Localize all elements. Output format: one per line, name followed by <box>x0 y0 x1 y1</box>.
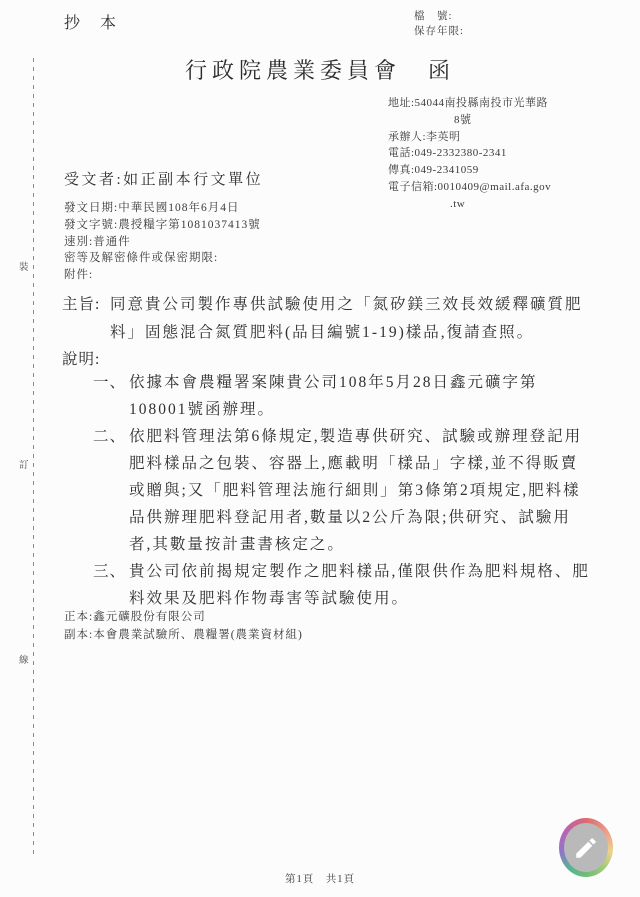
edit-button-inner <box>564 823 608 872</box>
contact-address-line2: 8號 <box>388 112 551 129</box>
meta-doc-number: 發文字號:農授糧字第1081037413號 <box>64 217 261 234</box>
retention-period-label: 保存年限: <box>414 25 464 40</box>
item-number: 二、 <box>93 423 129 558</box>
document-page: 裝 訂 線 抄 本 檔 號: 保存年限: 行政院農業委員會 函 地址:54044… <box>0 0 640 897</box>
meta-block: 發文日期:中華民國108年6月4日 發文字號:農授糧字第1081037413號 … <box>64 200 261 284</box>
page-footer: 第1頁 共1頁 <box>0 871 640 886</box>
recipient-line: 受文者:如正副本行文單位 <box>64 168 263 189</box>
binding-mark-zhuang: 裝 <box>19 257 29 275</box>
edit-button[interactable] <box>559 818 613 877</box>
meta-attachment: 附件: <box>64 267 261 284</box>
file-number-block: 檔 號: 保存年限: <box>414 10 464 39</box>
contact-email-line1: 電子信箱:0010409@mail.afa.gov <box>388 179 551 196</box>
binding-mark-xian: 線 <box>19 650 29 668</box>
subject-label: 主旨: <box>62 291 110 347</box>
contact-email-line2: .tw <box>388 196 551 213</box>
contact-person: 承辦人:李英明 <box>388 129 551 146</box>
binding-dashed-line <box>33 58 34 855</box>
original-copy-line: 正本:鑫元礦股份有限公司 <box>64 608 303 626</box>
pencil-icon <box>573 835 599 861</box>
explanation-item-1: 一、 依據本會農糧署案陳貴公司108年5月28日鑫元礦字第108001號函辦理。 <box>93 369 598 423</box>
copy-label: 抄 本 <box>64 10 118 33</box>
meta-speed: 速別:普通件 <box>64 234 261 251</box>
meta-issue-date: 發文日期:中華民國108年6月4日 <box>64 200 261 217</box>
meta-security: 密等及解密條件或保密期限: <box>64 250 261 267</box>
item-text: 依據本會農糧署案陳貴公司108年5月28日鑫元礦字第108001號函辦理。 <box>129 369 591 423</box>
item-number: 一、 <box>93 369 129 423</box>
item-number: 三、 <box>93 558 129 612</box>
item-text: 貴公司依前揭規定製作之肥料樣品,僅限供作為肥料規格、肥料效果及肥料作物毒害等試驗… <box>129 558 591 612</box>
contact-block: 地址:54044南投縣南投市光華路 8號 承辦人:李英明 電話:049-2332… <box>388 95 551 213</box>
contact-address-line1: 地址:54044南投縣南投市光華路 <box>388 95 551 112</box>
item-text: 依肥料管理法第6條規定,製造專供研究、試驗或辦理登記用肥料樣品之包裝、容器上,應… <box>129 423 591 558</box>
file-number-label: 檔 號: <box>414 10 464 25</box>
duplicate-copy-line: 副本:本會農業試驗所、農糧署(農業資材組) <box>64 626 303 644</box>
document-title: 行政院農業委員會 函 <box>0 54 640 85</box>
binding-mark-ding: 訂 <box>19 455 29 473</box>
copies-block: 正本:鑫元礦股份有限公司 副本:本會農業試驗所、農糧署(農業資材組) <box>64 608 303 644</box>
contact-fax: 傳真:049-2341059 <box>388 162 551 179</box>
explanation-item-3: 三、 貴公司依前揭規定製作之肥料樣品,僅限供作為肥料規格、肥料效果及肥料作物毒害… <box>93 558 598 612</box>
subject-paragraph: 主旨: 同意貴公司製作專供試驗使用之「氮矽鎂三效長效緩釋礦質肥料」固態混合氮質肥… <box>62 291 596 347</box>
explanation-items: 一、 依據本會農糧署案陳貴公司108年5月28日鑫元礦字第108001號函辦理。… <box>93 369 598 612</box>
subject-text: 同意貴公司製作專供試驗使用之「氮矽鎂三效長效緩釋礦質肥料」固態混合氮質肥料(品目… <box>110 291 596 347</box>
contact-phone: 電話:049-2332380-2341 <box>388 145 551 162</box>
explanation-item-2: 二、 依肥料管理法第6條規定,製造專供研究、試驗或辦理登記用肥料樣品之包裝、容器… <box>93 423 598 558</box>
explanation-label: 說明: <box>62 347 100 369</box>
